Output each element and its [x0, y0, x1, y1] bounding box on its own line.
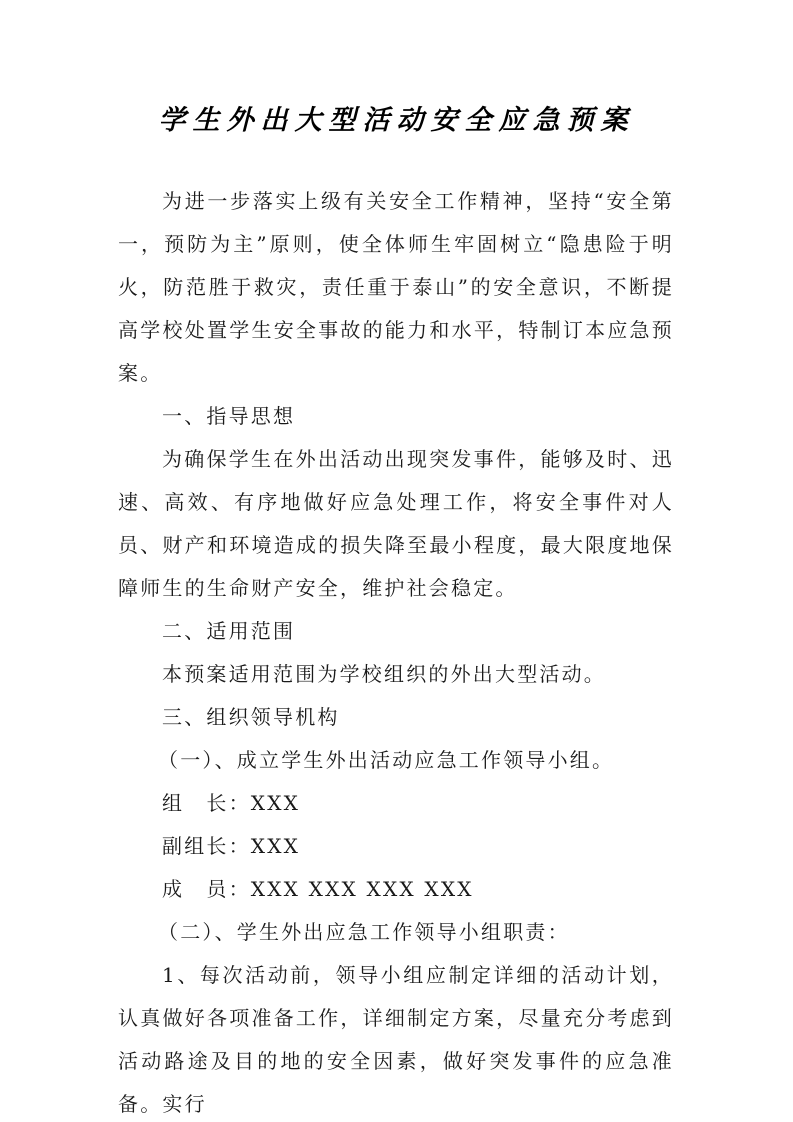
- document-body: 为进一步落实上级有关安全工作精神，坚持“安全第一，预防为主”原则，使全体师生牢固…: [118, 180, 674, 1122]
- deputy-leader-line: 副组长：XXX: [118, 825, 674, 868]
- subsection-heading-leading-group: （一）、成立学生外出活动应急工作领导小组。: [118, 739, 674, 782]
- section-heading-guiding-principle: 一、指导思想: [118, 395, 674, 438]
- guiding-principle-paragraph: 为确保学生在外出活动出现突发事件，能够及时、迅速、高效、有序地做好应急处理工作，…: [118, 438, 674, 610]
- section-heading-scope: 二、适用范围: [118, 610, 674, 653]
- section-heading-organization: 三、组织领导机构: [118, 696, 674, 739]
- document-page: 学生外出大型活动安全应急预案 为进一步落实上级有关安全工作精神，坚持“安全第一，…: [0, 0, 793, 1122]
- group-leader-line: 组 长：XXX: [118, 782, 674, 825]
- subsection-heading-responsibilities: （二）、学生外出应急工作领导小组职责：: [118, 911, 674, 954]
- scope-paragraph: 本预案适用范围为学校组织的外出大型活动。: [118, 653, 674, 696]
- intro-paragraph: 为进一步落实上级有关安全工作精神，坚持“安全第一，预防为主”原则，使全体师生牢固…: [118, 180, 674, 395]
- members-line: 成 员：XXX XXX XXX XXX: [118, 868, 674, 911]
- responsibility-item-1: 1、每次活动前，领导小组应制定详细的活动计划，认真做好各项准备工作，详细制定方案…: [118, 954, 674, 1122]
- document-title: 学生外出大型活动安全应急预案: [0, 98, 793, 137]
